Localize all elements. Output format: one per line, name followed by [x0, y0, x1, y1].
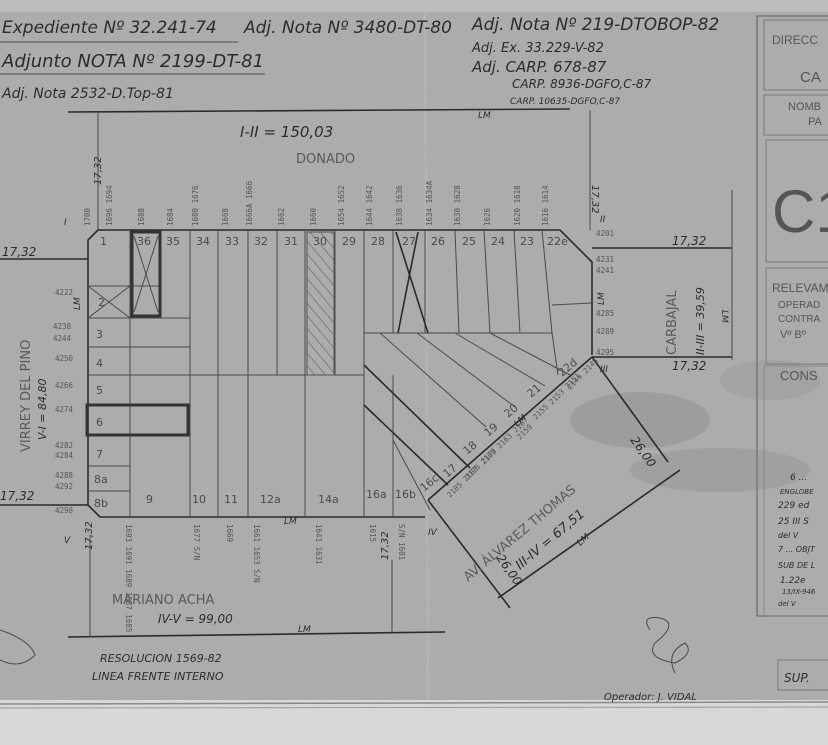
svg-text:4274: 4274 — [55, 405, 74, 414]
vertex-i: I — [64, 218, 67, 228]
svg-text:LM: LM — [73, 297, 83, 310]
chamfer-se: 17,32 — [672, 359, 706, 373]
svg-text:1677 S/N: 1677 S/N — [192, 524, 201, 560]
svg-text:28: 28 — [371, 235, 385, 248]
svg-text:36: 36 — [137, 235, 151, 248]
note-resolucion: RESOLUCION 1569-82 — [100, 652, 222, 665]
svg-text:S/N 1601: S/N 1601 — [397, 524, 406, 560]
svg-text:4250: 4250 — [55, 354, 74, 363]
svg-text:1.22e: 1.22e — [780, 576, 806, 586]
tb-pa: PA — [808, 116, 823, 128]
svg-text:32: 32 — [254, 235, 268, 248]
svg-text:ENGLOBE: ENGLOBE — [780, 488, 814, 496]
street-carbajal: CARBAJAL — [665, 290, 680, 355]
cadastral-plan: Expediente Nº 32.241-74 Adj. Nota Nº 348… — [0, 0, 828, 745]
svg-text:24: 24 — [491, 235, 505, 248]
svg-text:SUB DE L: SUB DE L — [778, 561, 815, 570]
svg-text:4: 4 — [96, 357, 103, 370]
chamfer-s-mid: 17,32 — [380, 531, 391, 560]
svg-text:5: 5 — [96, 384, 103, 397]
svg-text:4244: 4244 — [53, 334, 72, 343]
svg-text:LM: LM — [719, 310, 729, 323]
virrey-measure: V-I = 84,80 — [36, 379, 49, 440]
svg-text:10: 10 — [192, 493, 206, 506]
svg-text:1662: 1662 — [277, 208, 286, 226]
chamfer-ne-right: 17,32 — [672, 234, 706, 248]
svg-text:6 ...: 6 ... — [790, 473, 807, 483]
tb-operador: OPERAD — [778, 300, 820, 311]
svg-text:27: 27 — [402, 235, 416, 248]
svg-text:4298: 4298 — [55, 506, 74, 515]
svg-text:del V: del V — [778, 600, 797, 608]
tb-sup: SUP. — [784, 671, 810, 685]
svg-text:3: 3 — [96, 328, 103, 341]
svg-text:2: 2 — [98, 296, 105, 309]
svg-text:1693 1691 1689 1687 1685: 1693 1691 1689 1687 1685 — [124, 524, 133, 632]
note-carp-10635: CARP. 10635-DGFO,C-87 — [510, 97, 620, 107]
svg-text:1688: 1688 — [137, 207, 146, 226]
tb-cons: CONS — [780, 368, 818, 383]
vertex-iv: IV — [428, 528, 438, 538]
svg-text:9: 9 — [146, 493, 153, 506]
svg-text:1696 1694: 1696 1694 — [105, 185, 114, 226]
svg-text:33: 33 — [225, 235, 239, 248]
svg-text:4222: 4222 — [55, 288, 73, 297]
svg-text:4238: 4238 — [53, 322, 72, 331]
tb-relevamiento: RELEVAM — [772, 281, 828, 295]
tb-visto-bueno: Vº Bº — [780, 329, 806, 341]
chamfer-ne: 17,32 — [589, 185, 600, 214]
svg-text:1616 1614: 1616 1614 — [541, 185, 550, 226]
svg-text:4295: 4295 — [596, 348, 614, 357]
note-2532: Adj. Nota 2532-D.Top-81 — [1, 86, 174, 102]
note-219: Adj. Nota Nº 219-DTOBOP-82 — [471, 15, 719, 35]
svg-text:del V: del V — [778, 531, 799, 540]
svg-text:16b: 16b — [395, 488, 416, 501]
svg-text:31: 31 — [284, 235, 298, 248]
chamfer-sw-bottom: 17,32 — [84, 521, 95, 550]
note-33229: Adj. Ex. 33.229-V-82 — [471, 41, 604, 56]
svg-text:4266: 4266 — [55, 381, 74, 390]
note-expediente: Expediente Nº 32.241-74 — [2, 18, 217, 38]
cadastral-sheet: Expediente Nº 32.241-74 Adj. Nota Nº 348… — [0, 0, 828, 745]
svg-text:4288: 4288 — [55, 471, 74, 480]
svg-text:229 ed: 229 ed — [778, 501, 810, 511]
note-3480: Adj. Nota Nº 3480-DT-80 — [243, 18, 452, 38]
vertex-v: V — [64, 536, 71, 546]
svg-text:7 ... OBJT: 7 ... OBJT — [778, 545, 816, 554]
svg-text:4292: 4292 — [55, 482, 73, 491]
operator-signature: Operador: J. VIDAL — [604, 692, 697, 703]
chamfer-nw: 17,32 — [93, 156, 104, 185]
svg-text:25 III S: 25 III S — [778, 517, 809, 527]
svg-text:1700: 1700 — [83, 207, 92, 226]
svg-text:1668: 1668 — [221, 207, 230, 226]
svg-text:1630 1628: 1630 1628 — [453, 185, 462, 226]
svg-text:11: 11 — [224, 493, 238, 506]
svg-text:1654 1652: 1654 1652 — [337, 185, 346, 226]
svg-text:1666A 1666: 1666A 1666 — [245, 180, 254, 226]
svg-text:LM: LM — [298, 625, 311, 635]
svg-text:8a: 8a — [94, 473, 108, 486]
note-carp-678: Adj. CARP. 678-87 — [471, 58, 607, 76]
svg-text:1644 1642: 1644 1642 — [365, 185, 374, 226]
tb-direccion: DIRECC — [772, 33, 818, 47]
svg-text:1684: 1684 — [166, 207, 175, 226]
street-donado: DONADO — [296, 152, 355, 167]
vertex-ii: II — [600, 215, 606, 225]
svg-text:4282: 4282 — [55, 441, 73, 450]
svg-text:30: 30 — [313, 235, 327, 248]
svg-text:14a: 14a — [318, 493, 339, 506]
svg-text:4284: 4284 — [55, 451, 74, 460]
svg-text:8b: 8b — [94, 497, 108, 510]
chamfer-nw-left: 17,32 — [2, 245, 36, 259]
svg-text:29: 29 — [342, 235, 356, 248]
note-linea-frente: LINEA FRENTE INTERNO — [92, 670, 224, 683]
svg-text:23: 23 — [520, 235, 534, 248]
svg-text:4201: 4201 — [596, 229, 614, 238]
lm-label: LM — [478, 111, 491, 121]
svg-text:4289: 4289 — [596, 327, 614, 336]
tb-catastro: CA — [800, 69, 821, 86]
svg-text:1626: 1626 — [483, 207, 492, 226]
mariano-acha-measure: IV-V = 99,00 — [158, 612, 233, 626]
svg-text:4241: 4241 — [596, 266, 614, 275]
tb-contralor: CONTRA — [778, 314, 821, 325]
svg-text:1638 1636: 1638 1636 — [395, 185, 404, 226]
street-virrey-del-pino: VIRREY DEL PINO — [19, 340, 34, 452]
svg-text:34: 34 — [196, 235, 210, 248]
svg-text:1615: 1615 — [368, 524, 377, 542]
street-mariano-acha: MARIANO ACHA — [112, 593, 214, 608]
svg-text:LM: LM — [284, 517, 297, 527]
svg-text:1641 1631: 1641 1631 — [314, 524, 323, 565]
svg-text:1620 1618: 1620 1618 — [513, 185, 522, 226]
note-2199: Adjunto NOTA Nº 2199-DT-81 — [1, 51, 264, 72]
svg-text:1680 1676: 1680 1676 — [191, 185, 200, 226]
chamfer-sw-left: 17,32 — [0, 489, 34, 503]
tb-nomenclatura: NOMB — [788, 101, 821, 113]
svg-text:1: 1 — [100, 235, 107, 248]
tb-code: C1 — [772, 178, 828, 245]
note-carp-8936: CARP. 8936-DGFO,C-87 — [512, 77, 652, 91]
svg-text:4231: 4231 — [596, 255, 614, 264]
svg-text:LM: LM — [597, 292, 607, 305]
svg-text:1660: 1660 — [309, 207, 318, 226]
donado-measure: I-II = 150,03 — [240, 123, 333, 141]
svg-text:1669: 1669 — [225, 524, 234, 542]
svg-text:6: 6 — [96, 416, 103, 429]
svg-text:4285: 4285 — [596, 309, 614, 318]
svg-text:26: 26 — [431, 235, 445, 248]
svg-text:12a: 12a — [260, 493, 281, 506]
carbajal-measure: II-III = 39,59 — [694, 287, 707, 355]
svg-text:16a: 16a — [366, 488, 387, 501]
svg-text:13/IX-946: 13/IX-946 — [782, 588, 816, 596]
svg-text:25: 25 — [462, 235, 476, 248]
vertex-iii: III — [600, 365, 608, 375]
svg-text:22e: 22e — [547, 235, 568, 248]
svg-text:1634 1634A: 1634 1634A — [425, 180, 434, 226]
svg-text:35: 35 — [166, 235, 180, 248]
svg-text:7: 7 — [96, 448, 103, 461]
svg-text:1661 1653 S/N: 1661 1653 S/N — [252, 524, 261, 583]
